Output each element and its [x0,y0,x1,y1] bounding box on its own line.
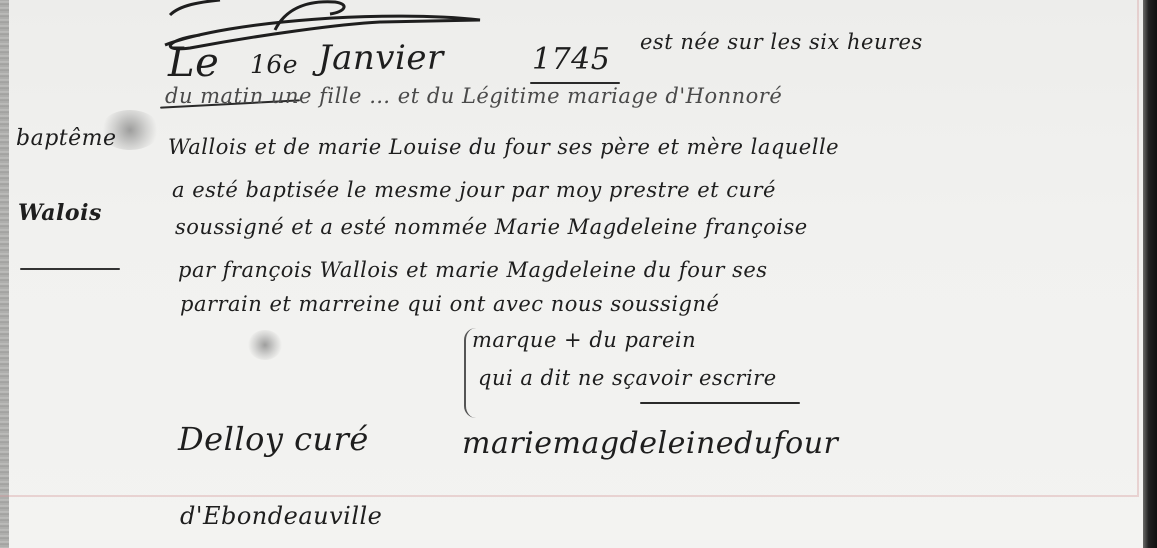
register-page: baptême Walois Le 16e Janvier 1745 est n… [0,0,1157,548]
heading-prefix: Le [168,40,219,86]
margin-note-surname: Walois [18,200,102,226]
body-line: a esté baptisée le mesme jour par moy pr… [172,178,776,202]
ink-stain [248,330,282,360]
body-line: soussigné et a esté nommée Marie Magdele… [175,215,808,239]
mark-underline [640,402,800,404]
heading-year: 1745 [532,42,610,77]
body-line: Wallois et de marie Louise du four ses p… [168,135,839,159]
body-line: parrain et marreine qui ont avec nous so… [180,292,719,316]
body-line: est née sur les six heures [640,30,923,54]
margin-rule [20,268,120,270]
signature-godmother: mariemagdeleinedufour [462,426,838,461]
signature-place: d'Ebondeauville [180,502,382,530]
binding-shadow [1143,0,1157,548]
heading-day: 16e [250,50,298,79]
body-line: par françois Wallois et marie Magdeleine… [178,258,768,282]
page-left-edge [0,0,9,548]
heading-month: Janvier [318,38,444,78]
mark-line: marque + du parein [472,328,696,352]
margin-note-bapteme: baptême [16,126,117,151]
mark-line: qui a dit ne sçavoir escrire [478,366,777,390]
signature-priest: Delloy curé [178,420,369,458]
body-line: du matin une fille … et du Légitime mari… [165,84,782,108]
